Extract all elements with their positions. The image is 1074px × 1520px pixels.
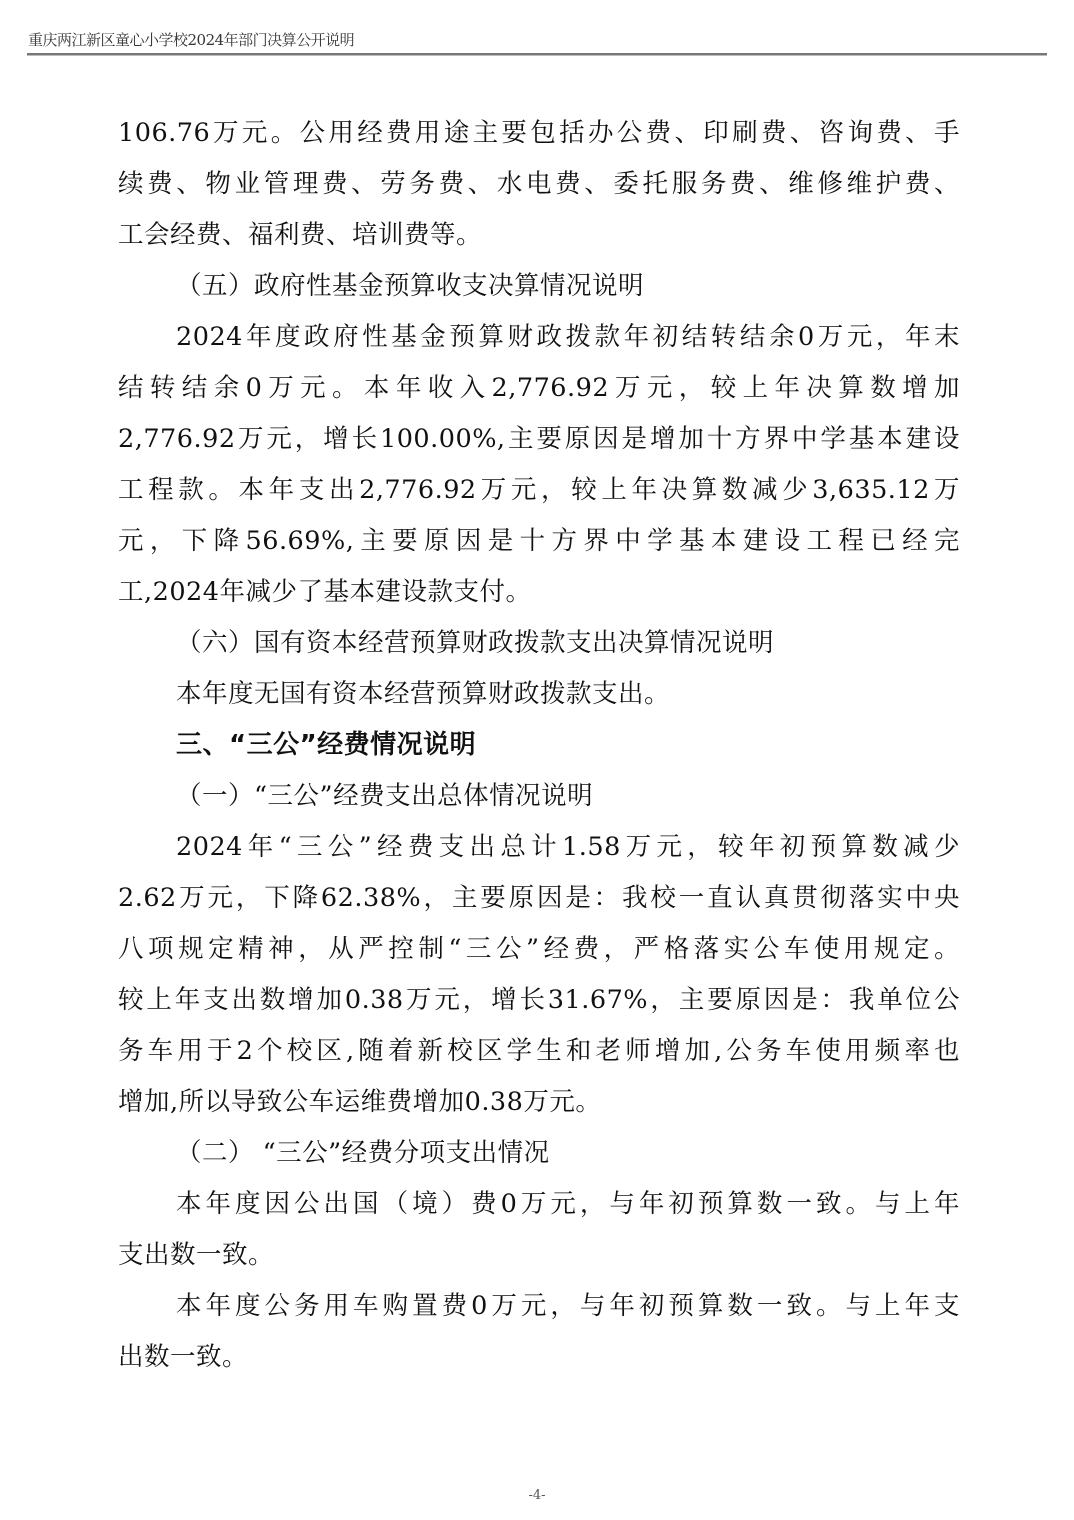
- paragraph-line: 本年度因公出国（境）费0万元，与年初预算数一致。与上年: [118, 1179, 960, 1230]
- document-header-title: 重庆两江新区童心小学校2024年部门决算公开说明: [27, 30, 1047, 50]
- paragraph-line: 工程款。本年支出2,776.92万元，较上年决算数减少3,635.12万: [118, 465, 960, 516]
- paragraph-line: 元，下降56.69%,主要原因是十方界中学基本建设工程已经完: [118, 516, 960, 567]
- paragraph-line: 续费、物业管理费、劳务费、水电费、委托服务费、维修维护费、: [118, 159, 960, 210]
- paragraph-line: 务车用于2个校区,随着新校区学生和老师增加,公务车使用频率也: [118, 1026, 960, 1077]
- paragraph-line: 结转结余0万元。本年收入2,776.92万元，较上年决算数增加: [118, 363, 960, 414]
- paragraph-line: 较上年支出数增加0.38万元，增长31.67%，主要原因是：我单位公: [118, 975, 960, 1026]
- paragraph-line: 2024年度政府性基金预算财政拨款年初结转结余0万元，年末: [118, 312, 960, 363]
- paragraph-line: 出数一致。: [118, 1332, 960, 1383]
- paragraph-line: 2.62万元，下降62.38%，主要原因是：我校一直认真贯彻落实中央: [118, 873, 960, 924]
- page-number: -4-: [0, 1488, 1074, 1503]
- paragraph-line: 本年度无国有资本经营预算财政拨款支出。: [118, 669, 960, 720]
- header-divider: [27, 53, 1047, 56]
- section-heading-6: （六）国有资本经营预算财政拨款支出决算情况说明: [118, 618, 960, 669]
- paragraph-line: 本年度公务用车购置费0万元，与年初预算数一致。与上年支: [118, 1281, 960, 1332]
- paragraph-line: 2,776.92万元，增长100.00%,主要原因是增加十方界中学基本建设: [118, 414, 960, 465]
- paragraph-line: 工,2024年减少了基本建设款支付。: [118, 567, 960, 618]
- paragraph-line: 八项规定精神，从严控制“三公”经费，严格落实公车使用规定。: [118, 924, 960, 975]
- section-heading-2: （二） “三公”经费分项支出情况: [118, 1128, 960, 1179]
- document-header: 重庆两江新区童心小学校2024年部门决算公开说明: [27, 30, 1047, 50]
- paragraph-line: 支出数一致。: [118, 1230, 960, 1281]
- section-heading-5: （五）政府性基金预算收支决算情况说明: [118, 261, 960, 312]
- paragraph-line: 增加,所以导致公车运维费增加0.38万元。: [118, 1077, 960, 1128]
- paragraph-line: 工会经费、福利费、培训费等。: [118, 210, 960, 261]
- section-heading-1: （一）“三公”经费支出总体情况说明: [118, 771, 960, 822]
- document-body: 106.76万元。公用经费用途主要包括办公费、印刷费、咨询费、手 续费、物业管理…: [118, 108, 960, 1383]
- paragraph-line: 106.76万元。公用经费用途主要包括办公费、印刷费、咨询费、手: [118, 108, 960, 159]
- paragraph-line: 2024年“三公”经费支出总计1.58万元，较年初预算数减少: [118, 822, 960, 873]
- chapter-heading-3: 三、“三公”经费情况说明: [118, 720, 960, 771]
